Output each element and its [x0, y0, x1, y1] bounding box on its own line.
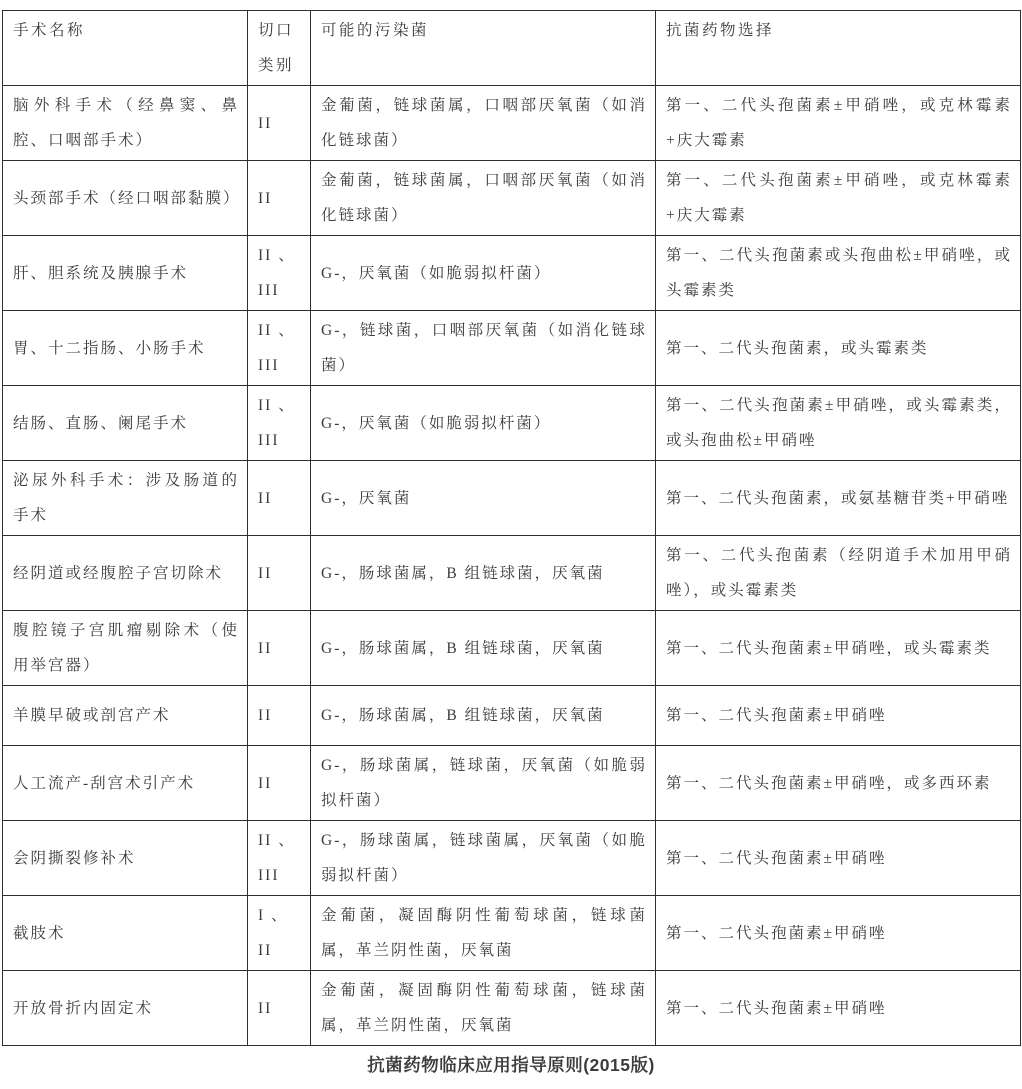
antibiotics-cell: 第一、二代头孢菌素±甲硝唑 — [656, 821, 1021, 896]
incision-class-cell: II — [248, 86, 311, 161]
antibiotics-cell: 第一、二代头孢菌素（经阴道手术加用甲硝唑），或头霉素类 — [656, 536, 1021, 611]
page: 手术名称 切口类别 可能的污染菌 抗菌药物选择 脑外科手术（经鼻窦、鼻腔、口咽部… — [0, 0, 1022, 1089]
bacteria-cell: 金葡菌，链球菌属，口咽部厌氧菌（如消化链球菌） — [311, 161, 656, 236]
antibiotics-cell: 第一、二代头孢菌素，或头霉素类 — [656, 311, 1021, 386]
bacteria-cell: G-，厌氧菌 — [311, 461, 656, 536]
antibiotics-cell: 第一、二代头孢菌素±甲硝唑，或多西环素 — [656, 746, 1021, 821]
bacteria-cell: G-，肠球菌属，链球菌，厌氧菌（如脆弱拟杆菌） — [311, 746, 656, 821]
header-antibiotic-choice: 抗菌药物选择 — [656, 11, 1021, 86]
antibiotics-cell: 第一、二代头孢菌素±甲硝唑 — [656, 896, 1021, 971]
bacteria-cell: G-，肠球菌属，B 组链球菌，厌氧菌 — [311, 686, 656, 746]
table-row: 开放骨折内固定术 II 金葡菌，凝固酶阴性葡萄球菌，链球菌属，革兰阴性菌，厌氧菌… — [3, 971, 1021, 1046]
header-row: 手术名称 切口类别 可能的污染菌 抗菌药物选择 — [3, 11, 1021, 86]
incision-class-cell: I 、 II — [248, 896, 311, 971]
antibiotics-cell: 第一、二代头孢菌素±甲硝唑，或头霉素类，或头孢曲松±甲硝唑 — [656, 386, 1021, 461]
incision-class-cell: II — [248, 536, 311, 611]
antimicrobial-prophylaxis-table: 手术名称 切口类别 可能的污染菌 抗菌药物选择 脑外科手术（经鼻窦、鼻腔、口咽部… — [2, 10, 1021, 1046]
bacteria-cell: G-，肠球菌属，B 组链球菌，厌氧菌 — [311, 611, 656, 686]
incision-class-cell: II 、 III — [248, 386, 311, 461]
surgery-name-cell: 会阴撕裂修补术 — [3, 821, 248, 896]
table-caption: 抗菌药物临床应用指导原则(2015版) — [367, 1055, 655, 1075]
incision-class-cell: II 、 III — [248, 236, 311, 311]
surgery-name-cell: 人工流产-刮宫术引产术 — [3, 746, 248, 821]
bacteria-cell: G-，厌氧菌（如脆弱拟杆菌） — [311, 236, 656, 311]
antibiotics-cell: 第一、二代头孢菌素±甲硝唑，或克林霉素+庆大霉素 — [656, 86, 1021, 161]
antibiotics-cell: 第一、二代头孢菌素±甲硝唑 — [656, 971, 1021, 1046]
surgery-name-cell: 开放骨折内固定术 — [3, 971, 248, 1046]
table-row: 会阴撕裂修补术 II 、 III G-，肠球菌属，链球菌属，厌氧菌（如脆弱拟杆菌… — [3, 821, 1021, 896]
header-surgery-name: 手术名称 — [3, 11, 248, 86]
surgery-name-cell: 胃、十二指肠、小肠手术 — [3, 311, 248, 386]
incision-class-cell: II — [248, 611, 311, 686]
surgery-name-cell: 结肠、直肠、阑尾手术 — [3, 386, 248, 461]
incision-class-cell: II — [248, 161, 311, 236]
bacteria-cell: G-，肠球菌属，链球菌属，厌氧菌（如脆弱拟杆菌） — [311, 821, 656, 896]
table-row: 肝、胆系统及胰腺手术 II 、 III G-，厌氧菌（如脆弱拟杆菌） 第一、二代… — [3, 236, 1021, 311]
surgery-name-cell: 脑外科手术（经鼻窦、鼻腔、口咽部手术） — [3, 86, 248, 161]
table-row: 胃、十二指肠、小肠手术 II 、 III G-，链球菌，口咽部厌氧菌（如消化链球… — [3, 311, 1021, 386]
surgery-name-cell: 羊膜早破或剖宫产术 — [3, 686, 248, 746]
table-row: 截肢术 I 、 II 金葡菌，凝固酶阴性葡萄球菌，链球菌属，革兰阴性菌，厌氧菌 … — [3, 896, 1021, 971]
surgery-name-cell: 截肢术 — [3, 896, 248, 971]
table-row: 人工流产-刮宫术引产术 II G-，肠球菌属，链球菌，厌氧菌（如脆弱拟杆菌） 第… — [3, 746, 1021, 821]
surgery-name-cell: 泌尿外科手术：涉及肠道的手术 — [3, 461, 248, 536]
bacteria-cell: 金葡菌，链球菌属，口咽部厌氧菌（如消化链球菌） — [311, 86, 656, 161]
incision-class-cell: II — [248, 461, 311, 536]
table-row: 腹腔镜子宫肌瘤剔除术（使用举宫器） II G-，肠球菌属，B 组链球菌，厌氧菌 … — [3, 611, 1021, 686]
table-row: 羊膜早破或剖宫产术 II G-，肠球菌属，B 组链球菌，厌氧菌 第一、二代头孢菌… — [3, 686, 1021, 746]
caption-container: 抗菌药物临床应用指导原则(2015版) — [0, 1052, 1022, 1077]
table-row: 头颈部手术（经口咽部黏膜） II 金葡菌，链球菌属，口咽部厌氧菌（如消化链球菌）… — [3, 161, 1021, 236]
bacteria-cell: 金葡菌，凝固酶阴性葡萄球菌，链球菌属，革兰阴性菌，厌氧菌 — [311, 971, 656, 1046]
bacteria-cell: 金葡菌，凝固酶阴性葡萄球菌，链球菌属，革兰阴性菌，厌氧菌 — [311, 896, 656, 971]
surgery-name-cell: 腹腔镜子宫肌瘤剔除术（使用举宫器） — [3, 611, 248, 686]
surgery-name-cell: 肝、胆系统及胰腺手术 — [3, 236, 248, 311]
bacteria-cell: G-，厌氧菌（如脆弱拟杆菌） — [311, 386, 656, 461]
table-row: 泌尿外科手术：涉及肠道的手术 II G-，厌氧菌 第一、二代头孢菌素，或氨基糖苷… — [3, 461, 1021, 536]
antibiotics-cell: 第一、二代头孢菌素，或氨基糖苷类+甲硝唑 — [656, 461, 1021, 536]
header-incision-class: 切口类别 — [248, 11, 311, 86]
incision-class-cell: II — [248, 971, 311, 1046]
bacteria-cell: G-，肠球菌属，B 组链球菌，厌氧菌 — [311, 536, 656, 611]
surgery-name-cell: 经阴道或经腹腔子宫切除术 — [3, 536, 248, 611]
antibiotics-cell: 第一、二代头孢菌素±甲硝唑 — [656, 686, 1021, 746]
surgery-name-cell: 头颈部手术（经口咽部黏膜） — [3, 161, 248, 236]
table-row: 脑外科手术（经鼻窦、鼻腔、口咽部手术） II 金葡菌，链球菌属，口咽部厌氧菌（如… — [3, 86, 1021, 161]
antibiotics-cell: 第一、二代头孢菌素±甲硝唑，或头霉素类 — [656, 611, 1021, 686]
incision-class-cell: II 、 III — [248, 311, 311, 386]
table-row: 结肠、直肠、阑尾手术 II 、 III G-，厌氧菌（如脆弱拟杆菌） 第一、二代… — [3, 386, 1021, 461]
table-row: 经阴道或经腹腔子宫切除术 II G-，肠球菌属，B 组链球菌，厌氧菌 第一、二代… — [3, 536, 1021, 611]
antibiotics-cell: 第一、二代头孢菌素或头孢曲松±甲硝唑，或头霉素类 — [656, 236, 1021, 311]
header-possible-bacteria: 可能的污染菌 — [311, 11, 656, 86]
antibiotics-cell: 第一、二代头孢菌素±甲硝唑，或克林霉素+庆大霉素 — [656, 161, 1021, 236]
incision-class-cell: II — [248, 686, 311, 746]
bacteria-cell: G-，链球菌，口咽部厌氧菌（如消化链球菌） — [311, 311, 656, 386]
incision-class-cell: II — [248, 746, 311, 821]
incision-class-cell: II 、 III — [248, 821, 311, 896]
